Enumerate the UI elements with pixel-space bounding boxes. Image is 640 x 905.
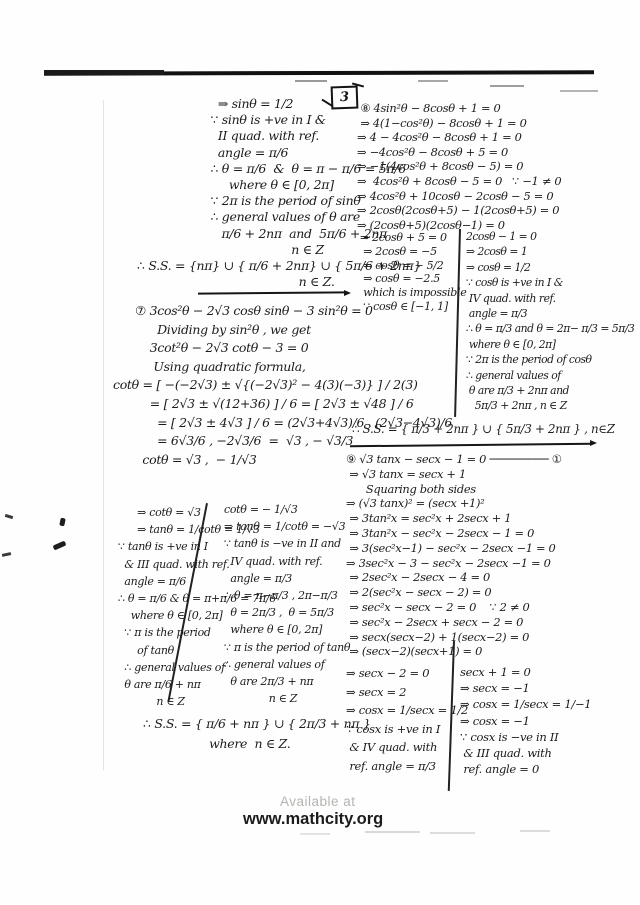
ink-mark (59, 518, 66, 527)
handwritten-line: ∵ cosθ ∈ [−1, 1] (360, 300, 466, 314)
handwritten-line: 5π/3 + 2nπ , n ∈ Z (466, 398, 634, 413)
handwritten-line: 3cot²θ − 2√3 cotθ − 3 = 0 (113, 339, 452, 358)
handwritten-line: ⇒ 2cosθ(2cosθ+5) − 1(2cosθ+5) = 0 (357, 203, 561, 218)
handwritten-line: IV quad. with ref. (466, 291, 634, 306)
handwritten-line: ⇒ 3tan²x − sec²x − 2secx − 1 = 0 (346, 526, 562, 541)
math-block-q8-case-left: ⇒ 2cosθ + 5 = 0 ⇒ 2cosθ = −5 ⇒ cosθ = − … (360, 231, 466, 314)
footer-available-text: Available at (280, 794, 356, 809)
math-block-q9: ⑨ √3 tanx − secx − 1 = 0 ───────── ① ⇒ √… (346, 452, 562, 659)
footer-url: www.mathcity.org (243, 810, 383, 829)
handwritten-line: ∴ general values of (466, 368, 634, 383)
handwritten-line: ⇒ sec²x − secx − 2 = 0 ∵ 2 ≠ 0 (346, 600, 562, 615)
handwritten-line: 2cosθ − 1 = 0 (466, 229, 634, 244)
divider-arrowhead-icon (590, 440, 597, 446)
handwritten-line: ⇒ 4cos²θ + 8cosθ − 5 = 0 ∵ −1 ≠ 0 (357, 174, 561, 189)
scan-dash (300, 833, 330, 835)
scan-dash (430, 832, 475, 834)
scan-dash (560, 90, 598, 92)
handwritten-line: ⇒ 2(sec²x − secx − 2) = 0 (346, 585, 562, 600)
ink-mark (5, 514, 14, 519)
handwritten-line: ∵ cosx is +ve in I (346, 720, 468, 739)
handwritten-line: ⇒ cosx = −1 (460, 713, 591, 729)
handwritten-line: ⇒ √3 tanx = secx + 1 (346, 467, 562, 482)
handwritten-line: ⇒ cosθ = − 5/2 (360, 259, 466, 273)
handwritten-line: ∵ cosx is −ve in II (460, 729, 591, 745)
math-block-q8: ⑧ 4sin²θ − 8cosθ + 1 = 0 ⇒ 4(1−cos²θ) − … (357, 101, 561, 232)
handwritten-line: cotθ = [ −(−2√3) ± √{(−2√3)² − 4(3)(−3)}… (113, 376, 452, 395)
handwritten-line: = [ 2√3 ± √(12+36) ] / 6 = [ 2√3 ± √48 ]… (113, 395, 452, 414)
scanned-notes-page: 3 ⇒ sinθ = 1/2 ∵ sinθ is +ve in I & II q… (0, 0, 640, 905)
handwritten-line: ⇒ sec²x − 2secx + secx − 2 = 0 (346, 615, 562, 630)
handwritten-line: ⇒ secx = −1 (460, 680, 591, 696)
handwritten-line: θ = 2π/3 , θ = 5π/3 (224, 604, 350, 621)
handwritten-line: where θ ∈ [0, 2π] (224, 621, 350, 638)
section-divider-line (198, 291, 346, 294)
handwritten-line: ⇒ 4cos²θ + 10cosθ − 2cosθ − 5 = 0 (357, 189, 561, 204)
handwritten-line: ⇒ 2cosθ + 5 = 0 (360, 231, 466, 245)
handwritten-line: & III quad. with (460, 745, 591, 761)
handwritten-line: ⑨ √3 tanx − secx − 1 = 0 ───────── ① (346, 452, 562, 467)
divider-arrowhead-icon (344, 290, 351, 296)
handwritten-line: θ are π/3 + 2nπ and (466, 383, 634, 398)
handwritten-line: ⇒ 2cosθ = 1 (466, 244, 634, 259)
handwritten-line: ∴ S.S. = { π/6 + nπ } ∪ { 2π/3 + nπ } (143, 714, 371, 734)
handwritten-line: where θ ∈ [0, 2π] (466, 337, 634, 352)
math-block-q7-solution-set: ∴ S.S. = { π/6 + nπ } ∪ { 2π/3 + nπ } wh… (143, 714, 371, 754)
handwritten-line: ∴ general values of (224, 656, 350, 673)
handwritten-line: ∴ θ = π/3 and θ = 2π− π/3 = 5π/3 (466, 321, 634, 336)
handwritten-line: Using quadratic formula, (113, 358, 452, 377)
math-block-q9-case-right: secx + 1 = 0⇒ secx = −1⇒ cosx = 1/secx =… (460, 664, 591, 777)
scan-dash (490, 85, 524, 87)
handwritten-line: ⇒ 2sec²x − 2secx − 4 = 0 (346, 570, 562, 585)
handwritten-line: where n ∈ Z. (143, 734, 371, 754)
ink-mark (2, 552, 11, 557)
math-block-q8-case-right: 2cosθ − 1 = 0⇒ 2cosθ = 1⇒ cosθ = 1/2∵ co… (466, 229, 634, 414)
handwritten-line: ⇒ secx − 2 = 0 (346, 664, 468, 683)
handwritten-line: angle = π/3 (224, 570, 350, 587)
handwritten-line: ⇒ cosx = 1/secx = 1/2 (346, 701, 468, 720)
handwritten-line: ⇒ tanθ = 1/cotθ = −√3 (224, 518, 350, 535)
handwritten-line: ⇒ 2cosθ = −5 (360, 245, 466, 259)
handwritten-line: ⇒ secx = 2 (346, 683, 468, 702)
handwritten-line: ref. angle = π/3 (346, 757, 468, 776)
handwritten-line: angle = π/3 (466, 306, 634, 321)
handwritten-line: ∴ S.S. = { π/3 + 2nπ } ∪ { 5π/3 + 2nπ } … (352, 421, 615, 437)
handwritten-line: Squaring both sides (346, 482, 562, 497)
ink-mark (53, 541, 67, 551)
handwritten-line: IV quad. with ref. (224, 553, 350, 570)
fold-line (103, 100, 104, 770)
math-block-q7-case-right: cotθ = − 1/√3⇒ tanθ = 1/cotθ = −√3∵ tanθ… (224, 501, 350, 707)
handwritten-line: which is impossible (360, 286, 466, 300)
handwritten-line: ∵ cosθ is +ve in I & (466, 275, 634, 290)
handwritten-line: ⑧ 4sin²θ − 8cosθ + 1 = 0 (357, 101, 561, 116)
handwritten-line: ⇒ cosθ = −2.5 (360, 272, 466, 286)
scan-edge-blob (44, 70, 164, 75)
scan-dash (365, 831, 420, 833)
handwritten-line: θ are 2π/3 + nπ (224, 673, 350, 690)
handwritten-line: ref. angle = 0 (460, 761, 591, 777)
handwritten-line: ∴ θ = π−π/3 , 2π−π/3 (224, 587, 350, 604)
scan-dash (295, 80, 327, 82)
handwritten-line: ⇒ 4(1−cos²θ) − 8cosθ + 1 = 0 (357, 116, 561, 131)
scan-dash (418, 80, 448, 82)
handwritten-line: ⇒ (√3 tanx)² = (secx +1)² (346, 496, 562, 511)
handwritten-line: ⇒ −4cos²θ − 8cosθ + 5 = 0 (357, 145, 561, 160)
handwritten-line: ⇒ 4 − 4cos²θ − 8cosθ + 1 = 0 (357, 130, 561, 145)
math-block-q8-solution-set: ∴ S.S. = { π/3 + 2nπ } ∪ { 5π/3 + 2nπ } … (352, 421, 615, 437)
math-block-q9-case-left: ⇒ secx − 2 = 0⇒ secx = 2⇒ cosx = 1/secx … (346, 664, 468, 776)
handwritten-line: n ∈ Z (224, 690, 350, 707)
handwritten-line: ∵ 2π is the period of cosθ (466, 352, 634, 367)
handwritten-line: ⇒ 3tan²x = sec²x + 2secx + 1 (346, 511, 562, 526)
handwritten-line: ⇒ −1(4cos²θ + 8cosθ − 5) = 0 (357, 159, 561, 174)
handwritten-line: ∵ tanθ is −ve in II and (224, 535, 350, 552)
handwritten-line: ∵ π is the period of tanθ (224, 639, 350, 656)
handwritten-line: ⇒ 3(sec²x−1) − sec²x − 2secx −1 = 0 (346, 541, 562, 556)
handwritten-line: Dividing by sin²θ , we get (113, 321, 452, 340)
handwritten-line: ⇒ cosx = 1/secx = 1/−1 (460, 696, 591, 712)
handwritten-line: ⇒ cosθ = 1/2 (466, 260, 634, 275)
handwritten-line: ⇒ 3sec²x − 3 − sec²x − 2secx −1 = 0 (346, 556, 562, 571)
handwritten-line: cotθ = − 1/√3 (224, 501, 350, 518)
handwritten-line: & IV quad. with (346, 738, 468, 757)
handwritten-line: secx + 1 = 0 (460, 664, 591, 680)
scan-dash (520, 830, 550, 832)
